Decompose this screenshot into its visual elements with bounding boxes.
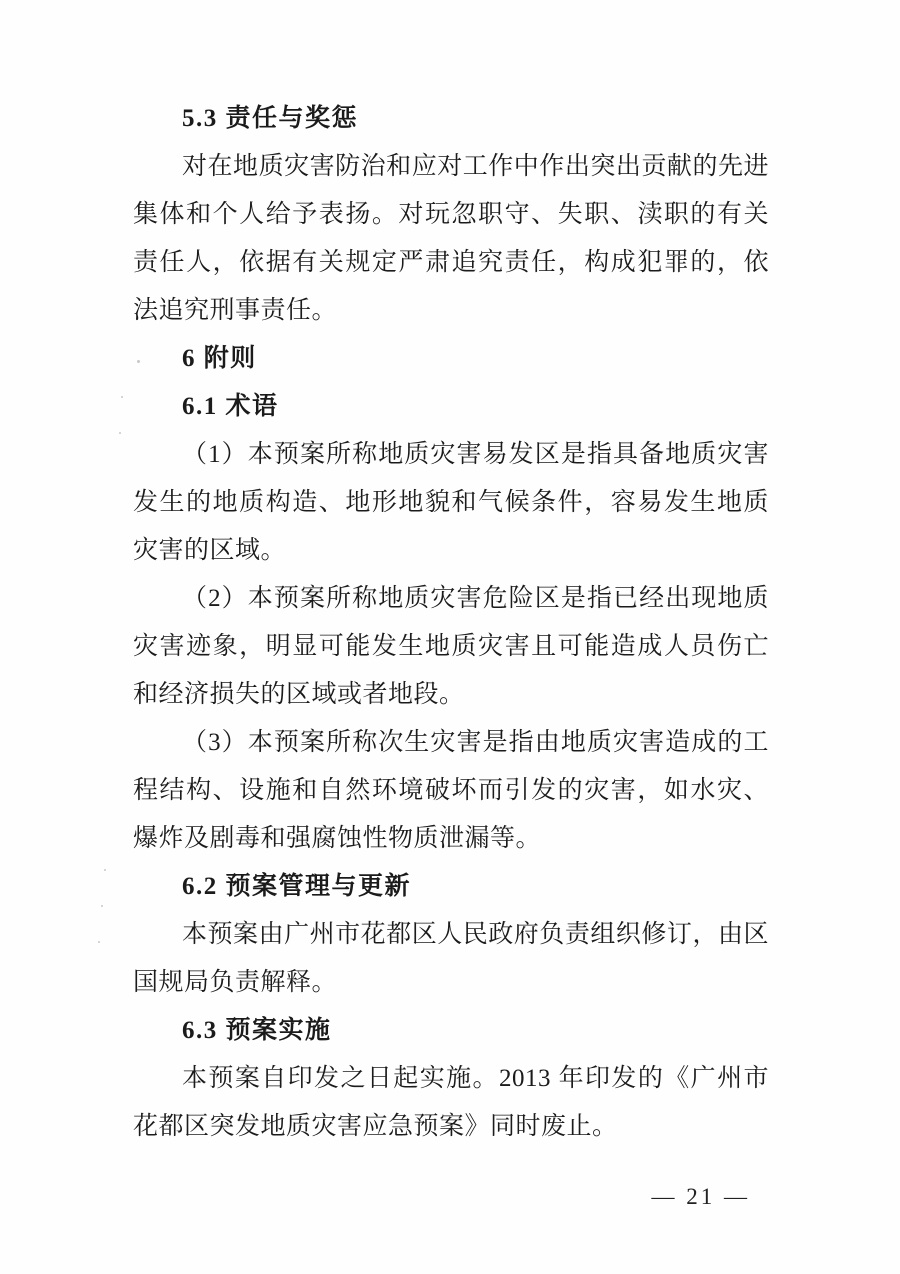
document-page: 5.3 责任与奖惩 对在地质灾害防治和应对工作中作出突出贡献的先进集体和个人给予… bbox=[0, 0, 900, 1274]
scan-speck bbox=[101, 905, 103, 907]
page-number: — 21 — bbox=[652, 1184, 751, 1210]
section-heading-6-3: 6.3 预案实施 bbox=[133, 1007, 769, 1055]
scan-speck bbox=[98, 941, 100, 943]
document-body: 5.3 责任与奖惩 对在地质灾害防治和应对工作中作出突出贡献的先进集体和个人给予… bbox=[133, 95, 769, 1151]
section-heading-6: 6 附则 bbox=[133, 335, 769, 383]
section-heading-5-3: 5.3 责任与奖惩 bbox=[133, 95, 769, 143]
paragraph-responsibility: 对在地质灾害防治和应对工作中作出突出贡献的先进集体和个人给予表扬。对玩忽职守、失… bbox=[133, 143, 769, 335]
section-heading-6-2: 6.2 预案管理与更新 bbox=[133, 863, 769, 911]
paragraph-term-1: （1）本预案所称地质灾害易发区是指具备地质灾害发生的地质构造、地形地貌和气候条件… bbox=[133, 431, 769, 575]
paragraph-plan-implement: 本预案自印发之日起实施。2013 年印发的《广州市花都区突发地质灾害应急预案》同… bbox=[133, 1055, 769, 1151]
section-heading-6-1: 6.1 术语 bbox=[133, 383, 769, 431]
scan-speck bbox=[104, 869, 106, 871]
scan-speck bbox=[137, 360, 140, 363]
scan-speck bbox=[121, 396, 123, 398]
paragraph-term-2: （2）本预案所称地质灾害危险区是指已经出现地质灾害迹象，明显可能发生地质灾害且可… bbox=[133, 575, 769, 719]
paragraph-term-3: （3）本预案所称次生灾害是指由地质灾害造成的工程结构、设施和自然环境破坏而引发的… bbox=[133, 719, 769, 863]
scan-speck bbox=[119, 432, 121, 434]
paragraph-plan-management: 本预案由广州市花都区人民政府负责组织修订，由区国规局负责解释。 bbox=[133, 911, 769, 1007]
